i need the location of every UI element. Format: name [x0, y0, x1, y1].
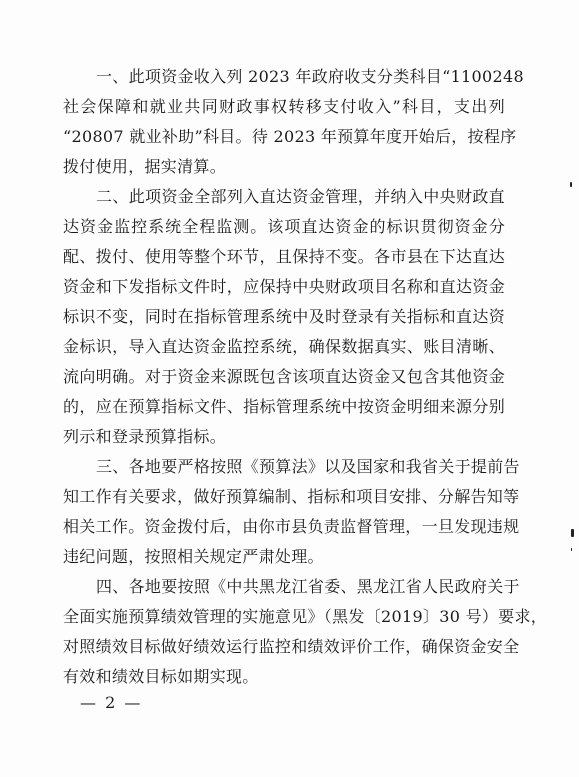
text-line: 有效和绩效目标如期实现。	[63, 662, 505, 692]
text-line: 流向明确。对于资金来源既包含该项直达资金又包含其他资金	[63, 362, 505, 392]
text-line: 拨付使用，据实清算。	[63, 152, 505, 182]
text-line: 相关工作。资金拨付后，由你市县负责监督管理，一旦发现违规	[63, 512, 505, 542]
text-line: “20807 就业补助”科目。待 2023 年预算年度开始后，按程序	[63, 122, 505, 152]
text-line: 社会保障和就业共同财政事权转移支付收入”科目，支出列	[63, 92, 505, 122]
text-line: 达资金监控系统全程监测。该项直达资金的标识贯彻资金分	[63, 212, 505, 242]
text-line: 违纪问题，按照相关规定严肃处理。	[63, 542, 505, 572]
text-line: 对照绩效目标做好绩效运行监控和绩效评价工作，确保资金安全	[63, 632, 505, 662]
text-line: 资金和下发指标文件时，应保持中央财政项目名称和直达资金	[63, 272, 505, 302]
scan-speck	[571, 529, 574, 537]
paragraph-3: 三、各地要严格按照《预算法》以及国家和我省关于提前告 知工作有关要求，做好预算编…	[63, 452, 505, 572]
text-line: 全面实施预算绩效管理的实施意见》（黑发〔2019〕30 号）要求，	[63, 602, 505, 632]
text-line: 金标识，导入直达资金监控系统，确保数据真实、账目清晰、	[63, 332, 505, 362]
paragraph-1: 一、此项资金收入列 2023 年政府收支分类科目“1100248 社会保障和就业…	[63, 62, 505, 182]
text-line: 标识不变，同时在指标管理系统中及时登录有关指标和直达资	[63, 302, 505, 332]
text-line: 列示和登录预算指标。	[63, 422, 505, 452]
paragraph-4: 四、各地要按照《中共黑龙江省委、黑龙江省人民政府关于 全面实施预算绩效管理的实施…	[63, 572, 505, 692]
document-body: 一、此项资金收入列 2023 年政府收支分类科目“1100248 社会保障和就业…	[63, 62, 505, 692]
scan-speck	[570, 182, 572, 187]
text-line: 知工作有关要求，做好预算编制、指标和项目安排、分解告知等	[63, 482, 505, 512]
text-line: 三、各地要严格按照《预算法》以及国家和我省关于提前告	[63, 452, 505, 482]
text-line: 二、此项资金全部列入直达资金管理，并纳入中央财政直	[63, 182, 505, 212]
text-line: 四、各地要按照《中共黑龙江省委、黑龙江省人民政府关于	[63, 572, 505, 602]
paragraph-2: 二、此项资金全部列入直达资金管理，并纳入中央财政直 达资金监控系统全程监测。该项…	[63, 182, 505, 452]
text-line: 的，应在预算指标文件、指标管理系统中按资金明细来源分别	[63, 392, 505, 422]
page-number: — 2 —	[80, 692, 142, 714]
document-page: 一、此项资金收入列 2023 年政府收支分类科目“1100248 社会保障和就业…	[0, 0, 579, 777]
text-line: 一、此项资金收入列 2023 年政府收支分类科目“1100248	[63, 62, 505, 92]
text-line: 配、拨付、使用等整个环节，且保持不变。各市县在下达直达	[63, 242, 505, 272]
scan-speck	[571, 548, 572, 551]
